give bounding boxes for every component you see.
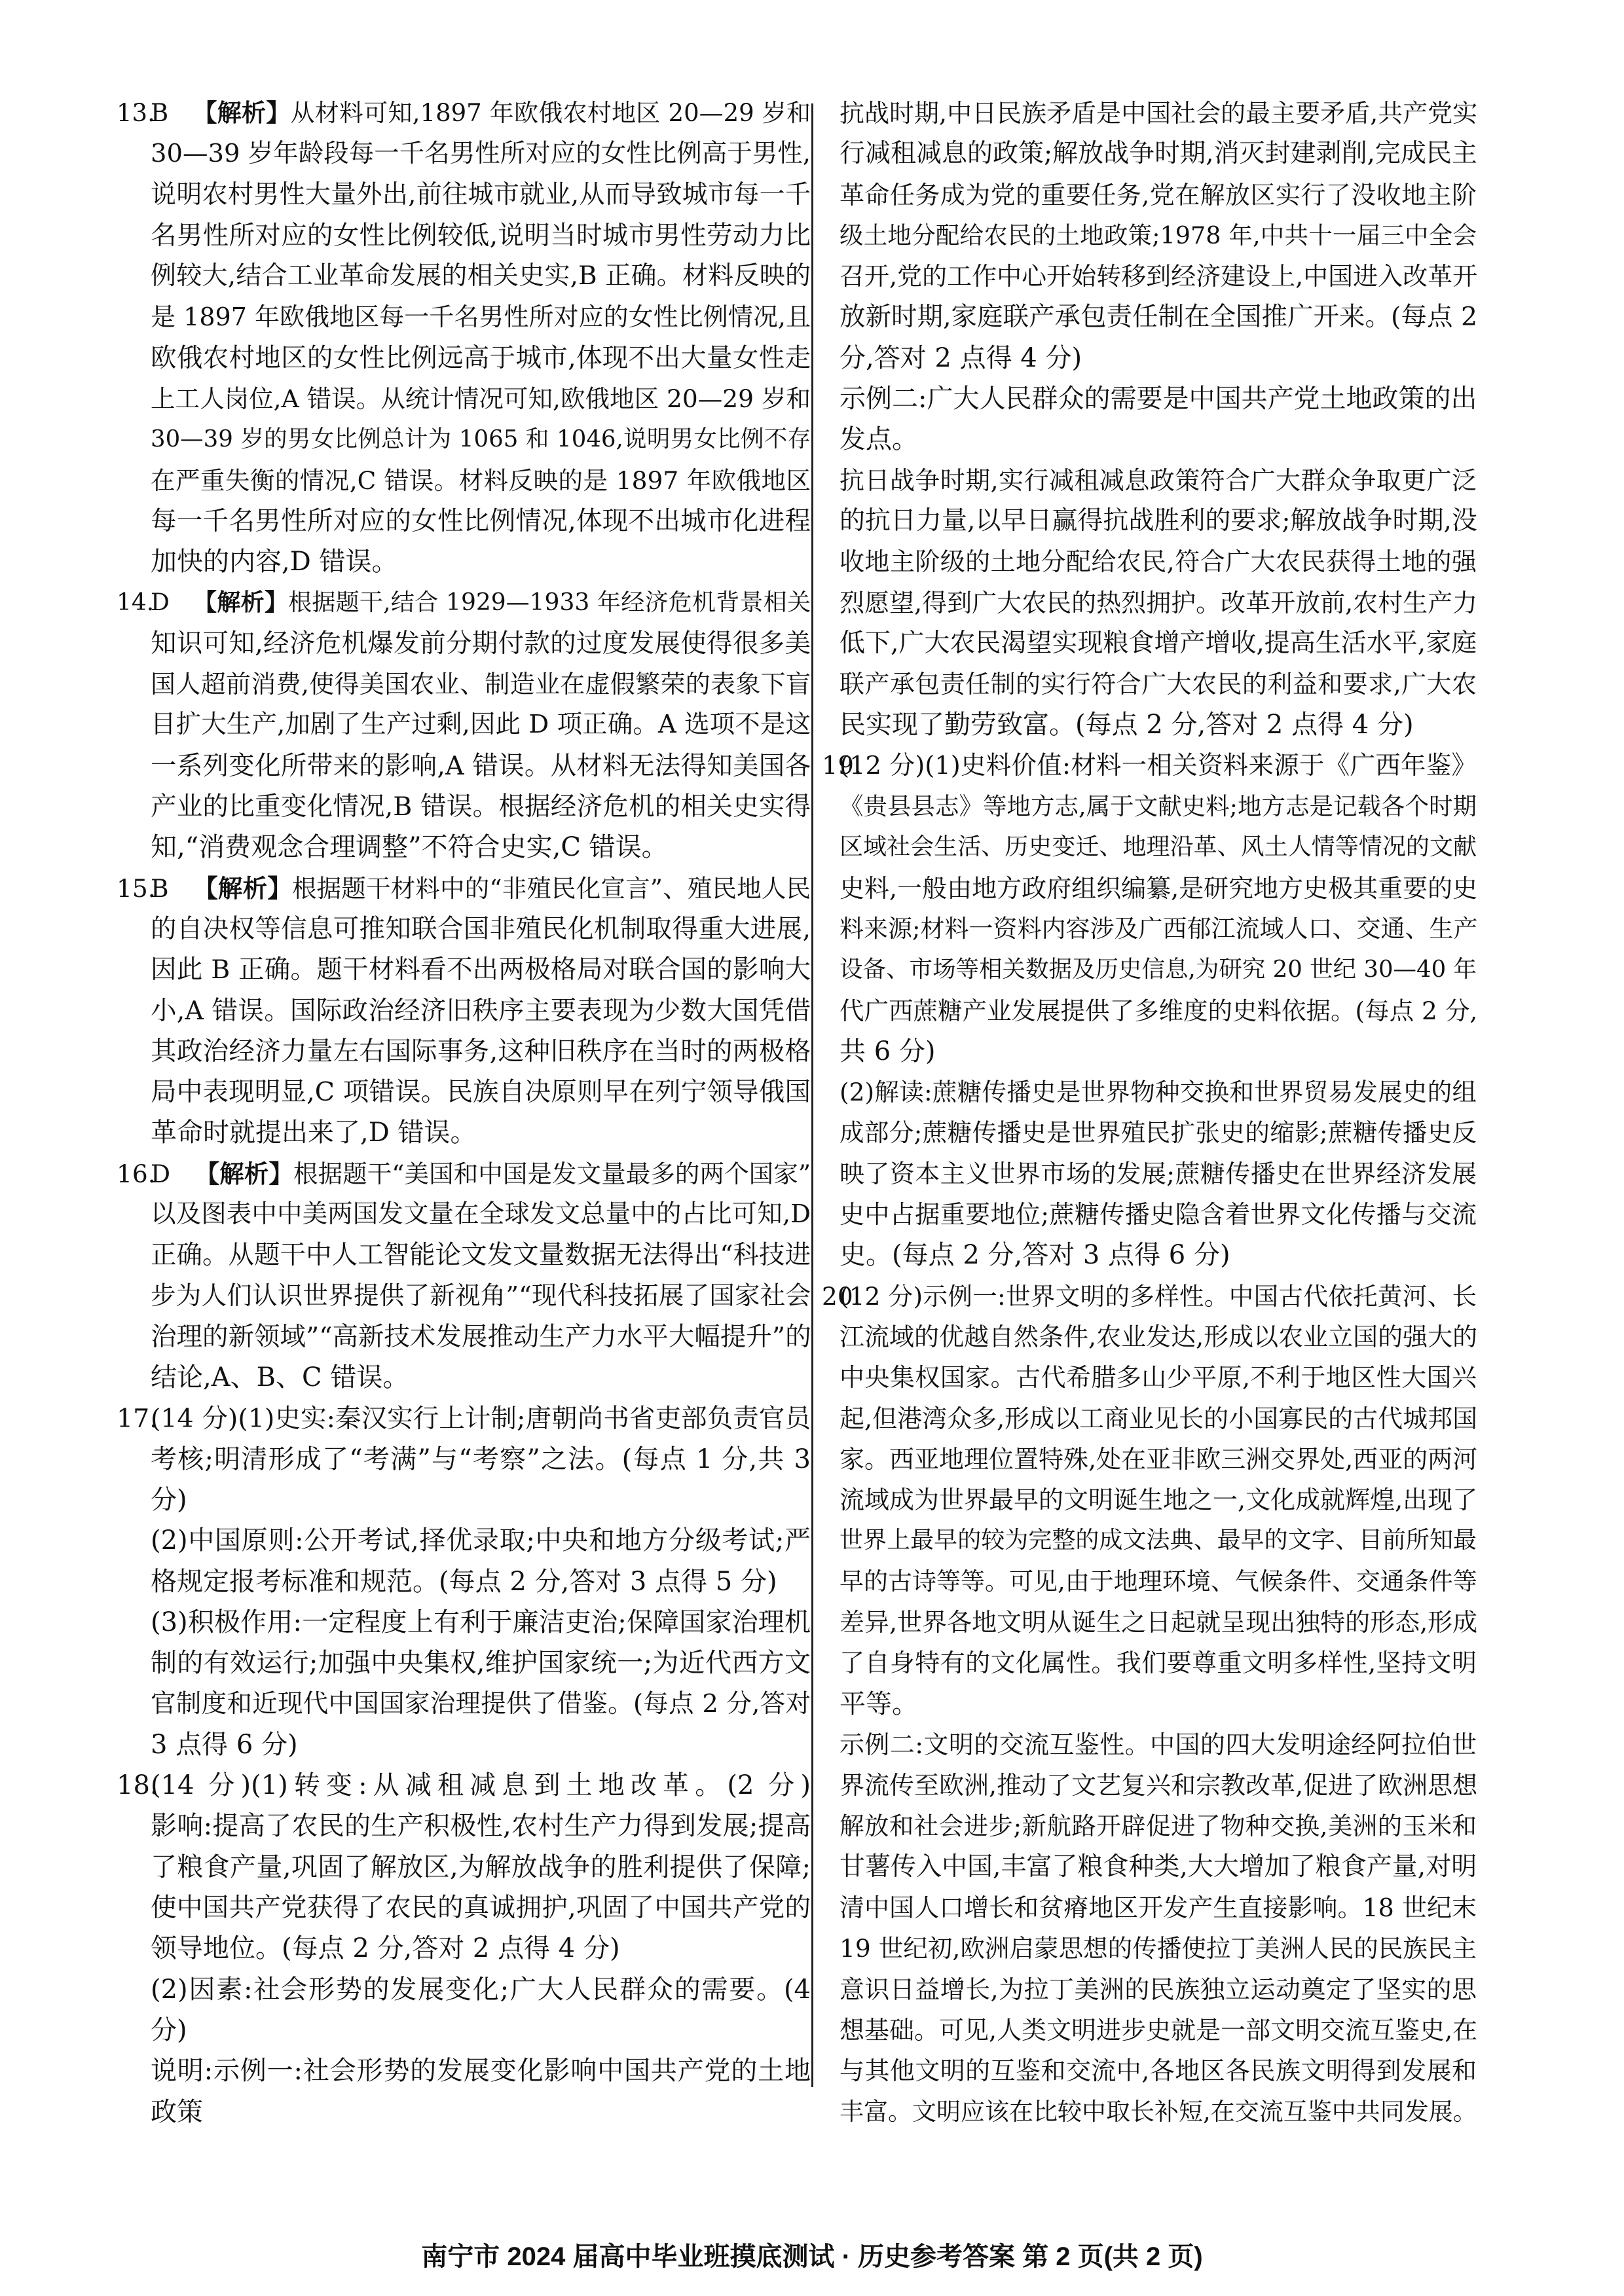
line-text: (2)解读:蔗糖传播史是世界物种交换和世界贸易发展史的组: [840, 1078, 1477, 1106]
answer-line: 民实现了勤劳致富。(每点 2 分,答对 2 点得 4 分): [822, 704, 1477, 745]
answer-line: 影响:提高了农民的生产积极性,农村生产力得到发展;提高: [117, 1806, 811, 1846]
answer-line: 制的有效运行;加强中央集权,维护国家统一;为近代西方文: [117, 1643, 811, 1683]
answer-line: 抗战时期,中日民族矛盾是中国社会的最主要矛盾,共产党实: [822, 93, 1477, 134]
answer-line: 知,“消费观念合理调整”不符合史实,C 错误。: [117, 827, 811, 867]
line-text: 设备、市场等相关数据及历史信息,为研究 20 世纪 30—40 年: [840, 956, 1477, 983]
line-text: 级土地分配给农民的土地政策;1978 年,中共十一届三中全会: [840, 221, 1477, 249]
line-text: 起,但港湾众多,形成以工商业见长的小国寡民的古代城邦国: [840, 1404, 1477, 1433]
line-text: 成部分;蔗糖传播史是世界殖民扩张史的缩影;蔗糖传播史反: [840, 1118, 1477, 1147]
line-text: 因此 B 正确。题干材料看不出两极格局对联合国的影响大: [151, 955, 811, 985]
answer-line: 产业的比重变化情况,B 错误。根据经济危机的相关史实得: [117, 786, 811, 827]
answer-line: 15.B 【解析】根据题干材料中的“非殖民化宣言”、殖民地人民: [117, 868, 811, 909]
line-text: (14 分)(1)史实:秦汉实行上计制;唐朝尚书省吏部负责官员: [151, 1404, 811, 1434]
line-text: (3)积极作用:一定程度上有利于廉洁吏治;保障国家治理机: [151, 1607, 811, 1637]
answer-line: 30—39 岁年龄段每一千名男性所对应的女性比例高于男性,: [117, 134, 811, 174]
line-text: 例较大,结合工业革命发展的相关史实,B 正确。材料反映的: [151, 261, 811, 291]
line-text: 发点。: [840, 424, 918, 454]
answer-line: 早的古诗等等。可见,由于地理环境、气候条件、交通条件等: [822, 1561, 1477, 1602]
answer-line: 革命时就提出来了,D 错误。: [117, 1112, 811, 1153]
analysis-tag: 【解析】: [193, 874, 292, 903]
answer-item-q18-cont: 抗战时期,中日民族矛盾是中国社会的最主要矛盾,共产党实行减租减息的政策;解放战争…: [822, 93, 1477, 746]
answer-line: 发点。: [822, 419, 1477, 460]
line-text: 产业的比重变化情况,B 错误。根据经济危机的相关史实得: [151, 792, 811, 822]
line-text: 了自身特有的文化属性。我们要尊重文明多样性,坚持文明: [840, 1649, 1477, 1677]
answer-line: 国人超前消费,使得美国农业、制造业在虚假繁荣的表象下盲: [117, 664, 811, 704]
answer-line: 丰富。文明应该在比较中取长补短,在交流互鉴中共同发展。: [822, 2092, 1477, 2132]
answer-item-q17: 17.(14 分)(1)史实:秦汉实行上计制;唐朝尚书省吏部负责官员考核;明清形…: [117, 1398, 811, 1766]
answer-line: 格规定报考标准和规范。(每点 2 分,答对 3 点得 5 分): [117, 1561, 811, 1602]
answer-line: 使中国共产党获得了农民的真诚拥护,巩固了中国共产党的: [117, 1887, 811, 1928]
line-text: 欧俄农村地区的女性比例远高于城市,体现不出大量女性走: [151, 343, 811, 373]
answer-line: 召开,党的工作中心开始转移到经济建设上,中国进入改革开: [822, 256, 1477, 297]
answer-line: 14.D 【解析】根据题干,结合 1929—1933 年经济危机背景相关: [117, 583, 811, 623]
answer-line: 界流传至欧洲,推动了文艺复兴和宗教改革,促进了欧洲思想: [822, 1765, 1477, 1806]
line-text: 治理的新领域”“高新技术发展推动生产力水平大幅提升”的: [151, 1322, 811, 1352]
answer-line: 史。(每点 2 分,答对 3 点得 6 分): [822, 1235, 1477, 1275]
line-text: 根据题干材料中的“非殖民化宣言”、殖民地人民: [292, 874, 811, 903]
answer-line: 甘薯传入中国,丰富了粮食种类,大大增加了粮食产量,对明: [822, 1847, 1477, 1887]
line-text: 民实现了勤劳致富。(每点 2 分,答对 2 点得 4 分): [840, 710, 1414, 740]
line-text: 使中国共产党获得了农民的真诚拥护,巩固了中国共产党的: [151, 1893, 811, 1923]
answer-line: 级土地分配给农民的土地政策;1978 年,中共十一届三中全会: [822, 215, 1477, 256]
answer-line: 平等。: [822, 1684, 1477, 1724]
line-text: 政策: [151, 2097, 203, 2127]
line-text: 抗战时期,中日民族矛盾是中国社会的最主要矛盾,共产党实: [840, 99, 1477, 128]
line-text: 想基础。可见,人类文明进步史就是一部文明交流互鉴史,在: [840, 2016, 1477, 2045]
answer-item-q19: 19.(12 分)(1)史料价值:材料一相关资料来源于《广西年鉴》《贵县县志》等…: [822, 746, 1477, 1276]
question-number: 19.: [822, 746, 840, 786]
column-divider: [811, 103, 813, 2087]
answer-line: 正确。从题干中人工智能论文发文量数据无法得出“科技进: [117, 1235, 811, 1275]
answer-line: 放新时期,家庭联产承包责任制在全国推广开来。(每点 2: [822, 297, 1477, 337]
answer-line: 每一千名男性所对应的女性比例情况,体现不出城市化进程: [117, 501, 811, 541]
answer-line: 差异,世界各地文明从诞生之日起就呈现出独特的形态,形成: [822, 1602, 1477, 1643]
line-text: 一系列变化所带来的影响,A 错误。从材料无法得知美国各: [151, 751, 811, 781]
line-text: 丰富。文明应该在比较中取长补短,在交流互鉴中共同发展。: [840, 2098, 1477, 2126]
answer-line: 抗日战争时期,实行减租减息政策符合广大群众争取更广泛: [822, 460, 1477, 501]
answer-choice: D: [151, 589, 170, 616]
question-number: 18.: [117, 1765, 151, 1806]
line-text: 中央集权国家。古代希腊多山少平原,不利于地区性大国兴: [840, 1363, 1477, 1392]
answer-choice: B: [151, 99, 168, 127]
answer-line: 了自身特有的文化属性。我们要尊重文明多样性,坚持文明: [822, 1643, 1477, 1683]
line-text: 分): [151, 1485, 187, 1515]
line-text: 分,答对 2 点得 4 分): [840, 343, 1082, 373]
answer-line: 因此 B 正确。题干材料看不出两极格局对联合国的影响大: [117, 949, 811, 990]
line-text: 说明:示例一:社会形势的发展变化影响中国共产党的土地: [151, 2056, 811, 2086]
line-text: 示例二:广大人民群众的需要是中国共产党土地政策的出: [840, 384, 1477, 414]
line-text: 史中占据重要地位;蔗糖传播史隐含着世界文化传播与交流: [840, 1200, 1477, 1229]
line-text: 收地主阶级的土地分配给农民,符合广大农民获得土地的强: [840, 547, 1477, 576]
answer-line: 步为人们认识世界提供了新视角”“现代科技拓展了国家社会: [117, 1276, 811, 1317]
answer-line: 小,A 错误。国际政治经济旧秩序主要表现为少数大国凭借: [117, 991, 811, 1031]
line-text: 《贵县县志》等地方志,属于文献史料;地方志是记载各个时期: [840, 792, 1477, 820]
answer-choice: B: [151, 874, 169, 903]
answer-line: 区域社会生活、历史变迁、地理沿革、风土人情等情况的文献: [822, 827, 1477, 867]
line-text: 名男性所对应的女性比例较低,说明当时城市男性劳动力比: [151, 221, 811, 251]
line-text: 解放和社会进步;新航路开辟促进了物种交换,美洲的玉米和: [840, 1812, 1477, 1840]
line-text: 了粮食产量,巩固了解放区,为解放战争的胜利提供了保障;: [151, 1852, 811, 1882]
answer-line: 了粮食产量,巩固了解放区,为解放战争的胜利提供了保障;: [117, 1847, 811, 1887]
answer-line: 说明:示例一:社会形势的发展变化影响中国共产党的土地: [117, 2050, 811, 2091]
answer-line: 16.D 【解析】根据题干“美国和中国是发文量最多的两个国家”: [117, 1154, 811, 1194]
line-text: 在严重失衡的情况,C 错误。材料反映的是 1897 年欧俄地区: [151, 466, 811, 495]
answer-line: 以及图表中中美两国发文量在全球发文总量中的占比可知,D: [117, 1194, 811, 1235]
line-text: 的自决权等信息可推知联合国非殖民化机制取得重大进展,: [151, 914, 811, 944]
answer-line: 代广西蔗糖产业发展提供了多维度的史料依据。(每点 2 分,: [822, 991, 1477, 1031]
line-text: 家。西亚地理位置特殊,处在亚非欧三洲交界处,西亚的两河: [840, 1445, 1477, 1474]
line-text: 知识可知,经济危机爆发前分期付款的过度发展使得很多美: [151, 629, 811, 659]
answer-line: 设备、市场等相关数据及历史信息,为研究 20 世纪 30—40 年: [822, 949, 1477, 990]
line-text: (12 分)示例一:世界文明的多样性。中国古代依托黄河、长: [840, 1282, 1477, 1311]
line-text: 革命时就提出来了,D 错误。: [151, 1118, 477, 1148]
answer-line: 流域成为世界最早的文明诞生地之一,文化成就辉煌,出现了: [822, 1480, 1477, 1520]
answer-line: 分,答对 2 点得 4 分): [822, 338, 1477, 378]
answer-line: 起,但港湾众多,形成以工商业见长的小国寡民的古代城邦国: [822, 1398, 1477, 1439]
line-text: 国人超前消费,使得美国农业、制造业在虚假繁荣的表象下盲: [151, 670, 811, 699]
line-text: 示例二:文明的交流互鉴性。中国的四大发明途经阿拉伯世: [840, 1730, 1477, 1759]
line-text: 以及图表中中美两国发文量在全球发文总量中的占比可知,D: [151, 1199, 811, 1229]
line-text: 与其他文明的互鉴和交流中,各地区各民族文明得到发展和: [840, 2056, 1477, 2085]
analysis-tag: 【解析】: [195, 1159, 293, 1188]
line-text: 根据题干,结合 1929—1933 年经济危机背景相关: [288, 589, 811, 616]
answer-line: 加快的内容,D 错误。: [117, 541, 811, 582]
line-text: 史料,一般由地方政府组织编纂,是研究地方史极其重要的史: [840, 874, 1477, 903]
answer-line: 局中表现明显,C 项错误。民族自决原则早在列宁领导俄国: [117, 1072, 811, 1112]
answer-line: 在严重失衡的情况,C 错误。材料反映的是 1897 年欧俄地区: [117, 460, 811, 501]
question-number: 14.: [117, 583, 151, 623]
line-text: 代广西蔗糖产业发展提供了多维度的史料依据。(每点 2 分,: [840, 996, 1477, 1025]
question-number: 13.: [117, 93, 151, 134]
line-text: (2)因素:社会形势的发展变化;广大人民群众的需要。(4: [151, 1975, 811, 2005]
line-text: 差异,世界各地文明从诞生之日起就呈现出独特的形态,形成: [840, 1608, 1477, 1637]
line-text: 联产承包责任制的实行符合广大农民的利益和要求,广大农: [840, 670, 1477, 699]
question-number: 17.: [117, 1398, 151, 1439]
answer-line: 领导地位。(每点 2 分,答对 2 点得 4 分): [117, 1928, 811, 1969]
line-text: (2)中国原则:公开考试,择优录取;中央和地方分级考试;严: [151, 1525, 811, 1556]
analysis-tag: 【解析】: [193, 589, 288, 616]
answer-line: 共 6 分): [822, 1031, 1477, 1072]
answer-line: 示例二:广大人民群众的需要是中国共产党土地政策的出: [822, 378, 1477, 419]
answer-line: 映了资本主义世界市场的发展;蔗糖传播史在世界经济发展: [822, 1154, 1477, 1194]
line-text: 共 6 分): [840, 1036, 935, 1066]
line-text: 每一千名男性所对应的女性比例情况,体现不出城市化进程: [151, 506, 811, 536]
line-text: 烈愿望,得到广大农民的热烈拥护。改革开放前,农村生产力: [840, 589, 1477, 617]
line-text: 考核;明清形成了“考满”与“考察”之法。(每点 1 分,共 3: [151, 1444, 811, 1474]
answer-line: 13.B 【解析】从材料可知,1897 年欧俄农村地区 20—29 岁和: [117, 93, 811, 134]
line-text: 低下,广大农民渴望实现粮食增产增收,提高生活水平,家庭: [840, 629, 1477, 658]
answer-item-q14: 14.D 【解析】根据题干,结合 1929—1933 年经济危机背景相关知识可知…: [117, 583, 811, 868]
line-text: 意识日益增长,为拉丁美洲的民族独立运动奠定了坚实的思: [840, 1975, 1477, 2004]
answer-line: 30—39 岁的男女比例总计为 1065 和 1046,说明男女比例不存: [117, 419, 811, 460]
answer-line: 19 世纪初,欧洲启蒙思想的传播使拉丁美洲人民的民族民主: [822, 1928, 1477, 1969]
answer-line: 17.(14 分)(1)史实:秦汉实行上计制;唐朝尚书省吏部负责官员: [117, 1398, 811, 1439]
line-text: 世界上最早的较为完整的成文法典、最早的文字、目前所知最: [840, 1527, 1477, 1554]
answer-choice: D: [151, 1159, 170, 1188]
answer-line: 料来源;材料一资料内容涉及广西郁江流域人口、交通、生产: [822, 909, 1477, 949]
answer-line: 解放和社会进步;新航路开辟促进了物种交换,美洲的玉米和: [822, 1806, 1477, 1846]
answer-line: 清中国人口增长和贫瘠地区开发产生直接影响。18 世纪末: [822, 1887, 1477, 1928]
answer-line: 目扩大生产,加剧了生产过剩,因此 D 项正确。A 选项不是这: [117, 704, 811, 745]
line-text: 小,A 错误。国际政治经济旧秩序主要表现为少数大国凭借: [151, 996, 811, 1026]
answer-line: 是 1897 年欧俄地区每一千名男性所对应的女性比例情况,且: [117, 297, 811, 337]
line-text: 江流域的优越自然条件,农业发达,形成以农业立国的强大的: [840, 1322, 1477, 1351]
line-text: 分): [151, 2015, 187, 2045]
answer-line: 革命任务成为党的重要任务,党在解放区实行了没收地主阶: [822, 175, 1477, 215]
answer-item-q18: 18.(14 分)(1)转变:从减租减息到土地改革。(2 分)影响:提高了农民的…: [117, 1765, 811, 2132]
line-text: 知,“消费观念合理调整”不符合史实,C 错误。: [151, 832, 668, 862]
answer-line: 意识日益增长,为拉丁美洲的民族独立运动奠定了坚实的思: [822, 1969, 1477, 2010]
line-text: 流域成为世界最早的文明诞生地之一,文化成就辉煌,出现了: [840, 1485, 1477, 1514]
answer-line: 其政治经济力量左右国际事务,这种旧秩序在当时的两极格: [117, 1031, 811, 1072]
answer-line: 家。西亚地理位置特殊,处在亚非欧三洲交界处,西亚的两河: [822, 1439, 1477, 1480]
line-text: 正确。从题干中人工智能论文发文量数据无法得出“科技进: [151, 1240, 811, 1270]
question-number: 15.: [117, 868, 151, 909]
question-number: 20.: [822, 1276, 840, 1317]
line-text: 步为人们认识世界提供了新视角”“现代科技拓展了国家社会: [151, 1281, 811, 1311]
line-text: 行减租减息的政策;解放战争时期,消灭封建剥削,完成民主: [840, 139, 1477, 168]
line-text: 区域社会生活、历史变迁、地理沿革、风土人情等情况的文献: [840, 833, 1477, 860]
answer-line: 史中占据重要地位;蔗糖传播史隐含着世界文化传播与交流: [822, 1194, 1477, 1235]
answer-line: 19.(12 分)(1)史料价值:材料一相关资料来源于《广西年鉴》: [822, 746, 1477, 786]
answer-line: 收地主阶级的土地分配给农民,符合广大农民获得土地的强: [822, 541, 1477, 582]
line-text: 料来源;材料一资料内容涉及广西郁江流域人口、交通、生产: [840, 915, 1477, 943]
line-text: 30—39 岁年龄段每一千名男性所对应的女性比例高于男性,: [151, 139, 811, 168]
answer-line: 分): [117, 1480, 811, 1520]
answer-line: 政策: [117, 2092, 811, 2132]
answer-item-q15: 15.B 【解析】根据题干材料中的“非殖民化宣言”、殖民地人民的自决权等信息可推…: [117, 868, 811, 1154]
answer-line: 史料,一般由地方政府组织编纂,是研究地方史极其重要的史: [822, 868, 1477, 909]
answer-line: 成部分;蔗糖传播史是世界殖民扩张史的缩影;蔗糖传播史反: [822, 1112, 1477, 1153]
answer-line: 治理的新领域”“高新技术发展推动生产力水平大幅提升”的: [117, 1317, 811, 1357]
answer-line: 的抗日力量,以早日赢得抗战胜利的要求;解放战争时期,没: [822, 501, 1477, 541]
line-text: (12 分)(1)史料价值:材料一相关资料来源于《广西年鉴》: [840, 751, 1477, 780]
answer-line: 例较大,结合工业革命发展的相关史实,B 正确。材料反映的: [117, 256, 811, 297]
answer-line: 官制度和近现代中国国家治理提供了借鉴。(每点 2 分,答对: [117, 1684, 811, 1724]
line-text: 3 点得 6 分): [151, 1730, 298, 1760]
line-text: 召开,党的工作中心开始转移到经济建设上,中国进入改革开: [840, 262, 1477, 291]
line-text: 上工人岗位,A 错误。从统计情况可知,欧俄地区 20—29 岁和: [151, 384, 811, 413]
answer-line: 示例二:文明的交流互鉴性。中国的四大发明途经阿拉伯世: [822, 1724, 1477, 1765]
line-text: (14 分)(1)转变:从减租减息到土地改革。(2 分): [151, 1770, 811, 1800]
line-text: 格规定报考标准和规范。(每点 2 分,答对 3 点得 5 分): [151, 1567, 777, 1597]
left-column: 13.B 【解析】从材料可知,1897 年欧俄农村地区 20—29 岁和30—3…: [117, 93, 811, 2132]
line-text: 放新时期,家庭联产承包责任制在全国推广开来。(每点 2: [840, 302, 1477, 332]
answer-line: 3 点得 6 分): [117, 1724, 811, 1765]
answer-line: 与其他文明的互鉴和交流中,各地区各民族文明得到发展和: [822, 2050, 1477, 2091]
answer-line: 低下,广大农民渴望实现粮食增产增收,提高生活水平,家庭: [822, 623, 1477, 664]
analysis-tag: 【解析】: [193, 99, 290, 127]
answer-key-page: 13.B 【解析】从材料可知,1897 年欧俄农村地区 20—29 岁和30—3…: [0, 0, 1624, 2296]
line-text: 清中国人口增长和贫瘠地区开发产生直接影响。18 世纪末: [840, 1893, 1477, 1922]
line-text: 甘薯传入中国,丰富了粮食种类,大大增加了粮食产量,对明: [840, 1852, 1477, 1882]
answer-line: 的自决权等信息可推知联合国非殖民化机制取得重大进展,: [117, 909, 811, 949]
line-text: 目扩大生产,加剧了生产过剩,因此 D 项正确。A 选项不是这: [151, 710, 811, 739]
line-text: 是 1897 年欧俄地区每一千名男性所对应的女性比例情况,且: [151, 302, 811, 331]
line-text: 结论,A、B、C 错误。: [151, 1362, 409, 1393]
answer-line: 考核;明清形成了“考满”与“考察”之法。(每点 1 分,共 3: [117, 1439, 811, 1480]
line-text: 根据题干“美国和中国是发文量最多的两个国家”: [293, 1159, 811, 1188]
line-text: 早的古诗等等。可见,由于地理环境、气候条件、交通条件等: [840, 1567, 1477, 1595]
answer-line: 行减租减息的政策;解放战争时期,消灭封建剥削,完成民主: [822, 134, 1477, 174]
answer-line: (2)因素:社会形势的发展变化;广大人民群众的需要。(4: [117, 1969, 811, 2010]
right-column: 抗战时期,中日民族矛盾是中国社会的最主要矛盾,共产党实行减租减息的政策;解放战争…: [822, 93, 1477, 2132]
answer-line: (3)积极作用:一定程度上有利于廉洁吏治;保障国家治理机: [117, 1602, 811, 1643]
line-text: 说明农村男性大量外出,前往城市就业,从而导致城市每一千: [151, 180, 811, 210]
line-text: 加快的内容,D 错误。: [151, 547, 398, 577]
answer-line: 联产承包责任制的实行符合广大农民的利益和要求,广大农: [822, 664, 1477, 704]
line-text: 革命任务成为党的重要任务,党在解放区实行了没收地主阶: [840, 181, 1477, 210]
answer-line: 烈愿望,得到广大农民的热烈拥护。改革开放前,农村生产力: [822, 583, 1477, 623]
line-text: 从材料可知,1897 年欧俄农村地区 20—29 岁和: [291, 99, 811, 127]
answer-line: 说明农村男性大量外出,前往城市就业,从而导致城市每一千: [117, 175, 811, 215]
answer-line: 知识可知,经济危机爆发前分期付款的过度发展使得很多美: [117, 623, 811, 664]
answer-item-q16: 16.D 【解析】根据题干“美国和中国是发文量最多的两个国家”以及图表中中美两国…: [117, 1154, 811, 1398]
line-text: 19 世纪初,欧洲启蒙思想的传播使拉丁美洲人民的民族民主: [840, 1934, 1477, 1963]
line-text: 抗日战争时期,实行减租减息政策符合广大群众争取更广泛: [840, 466, 1477, 495]
page-footer: 南宁市 2024 届高中毕业班摸底测试 · 历史参考答案 第 2 页(共 2 页…: [0, 2236, 1624, 2273]
line-text: 的抗日力量,以早日赢得抗战胜利的要求;解放战争时期,没: [840, 506, 1477, 536]
line-text: 领导地位。(每点 2 分,答对 2 点得 4 分): [151, 1933, 620, 1963]
line-text: 30—39 岁的男女比例总计为 1065 和 1046,说明男女比例不存: [151, 426, 811, 452]
answer-line: 一系列变化所带来的影响,A 错误。从材料无法得知美国各: [117, 746, 811, 786]
line-text: 制的有效运行;加强中央集权,维护国家统一;为近代西方文: [151, 1648, 811, 1678]
answer-line: 18.(14 分)(1)转变:从减租减息到土地改革。(2 分): [117, 1765, 811, 1806]
answer-line: 分): [117, 2010, 811, 2050]
answer-line: 中央集权国家。古代希腊多山少平原,不利于地区性大国兴: [822, 1357, 1477, 1398]
line-text: 其政治经济力量左右国际事务,这种旧秩序在当时的两极格: [151, 1036, 811, 1066]
line-text: 局中表现明显,C 项错误。民族自决原则早在列宁领导俄国: [151, 1077, 811, 1107]
question-number: 16.: [117, 1154, 151, 1194]
line-text: 官制度和近现代中国国家治理提供了借鉴。(每点 2 分,答对: [151, 1689, 811, 1719]
line-text: 映了资本主义世界市场的发展;蔗糖传播史在世界经济发展: [840, 1159, 1477, 1188]
answer-line: 想基础。可见,人类文明进步史就是一部文明交流互鉴史,在: [822, 2010, 1477, 2050]
answer-line: (2)解读:蔗糖传播史是世界物种交换和世界贸易发展史的组: [822, 1072, 1477, 1112]
line-text: 史。(每点 2 分,答对 3 点得 6 分): [840, 1240, 1230, 1270]
answer-line: 世界上最早的较为完整的成文法典、最早的文字、目前所知最: [822, 1520, 1477, 1561]
line-text: 影响:提高了农民的生产积极性,农村生产力得到发展;提高: [151, 1811, 811, 1841]
line-text: 平等。: [840, 1689, 918, 1719]
answer-item-q20: 20.(12 分)示例一:世界文明的多样性。中国古代依托黄河、长江流域的优越自然…: [822, 1276, 1477, 2132]
answer-line: 江流域的优越自然条件,农业发达,形成以农业立国的强大的: [822, 1317, 1477, 1357]
answer-line: 欧俄农村地区的女性比例远高于城市,体现不出大量女性走: [117, 338, 811, 378]
answer-line: 20.(12 分)示例一:世界文明的多样性。中国古代依托黄河、长: [822, 1276, 1477, 1317]
answer-line: (2)中国原则:公开考试,择优录取;中央和地方分级考试;严: [117, 1520, 811, 1561]
answer-line: 上工人岗位,A 错误。从统计情况可知,欧俄地区 20—29 岁和: [117, 378, 811, 419]
line-text: 界流传至欧洲,推动了文艺复兴和宗教改革,促进了欧洲思想: [840, 1771, 1477, 1800]
answer-line: 《贵县县志》等地方志,属于文献史料;地方志是记载各个时期: [822, 786, 1477, 827]
answer-line: 结论,A、B、C 错误。: [117, 1357, 811, 1398]
answer-line: 名男性所对应的女性比例较低,说明当时城市男性劳动力比: [117, 215, 811, 256]
answer-item-q13: 13.B 【解析】从材料可知,1897 年欧俄农村地区 20—29 岁和30—3…: [117, 93, 811, 583]
